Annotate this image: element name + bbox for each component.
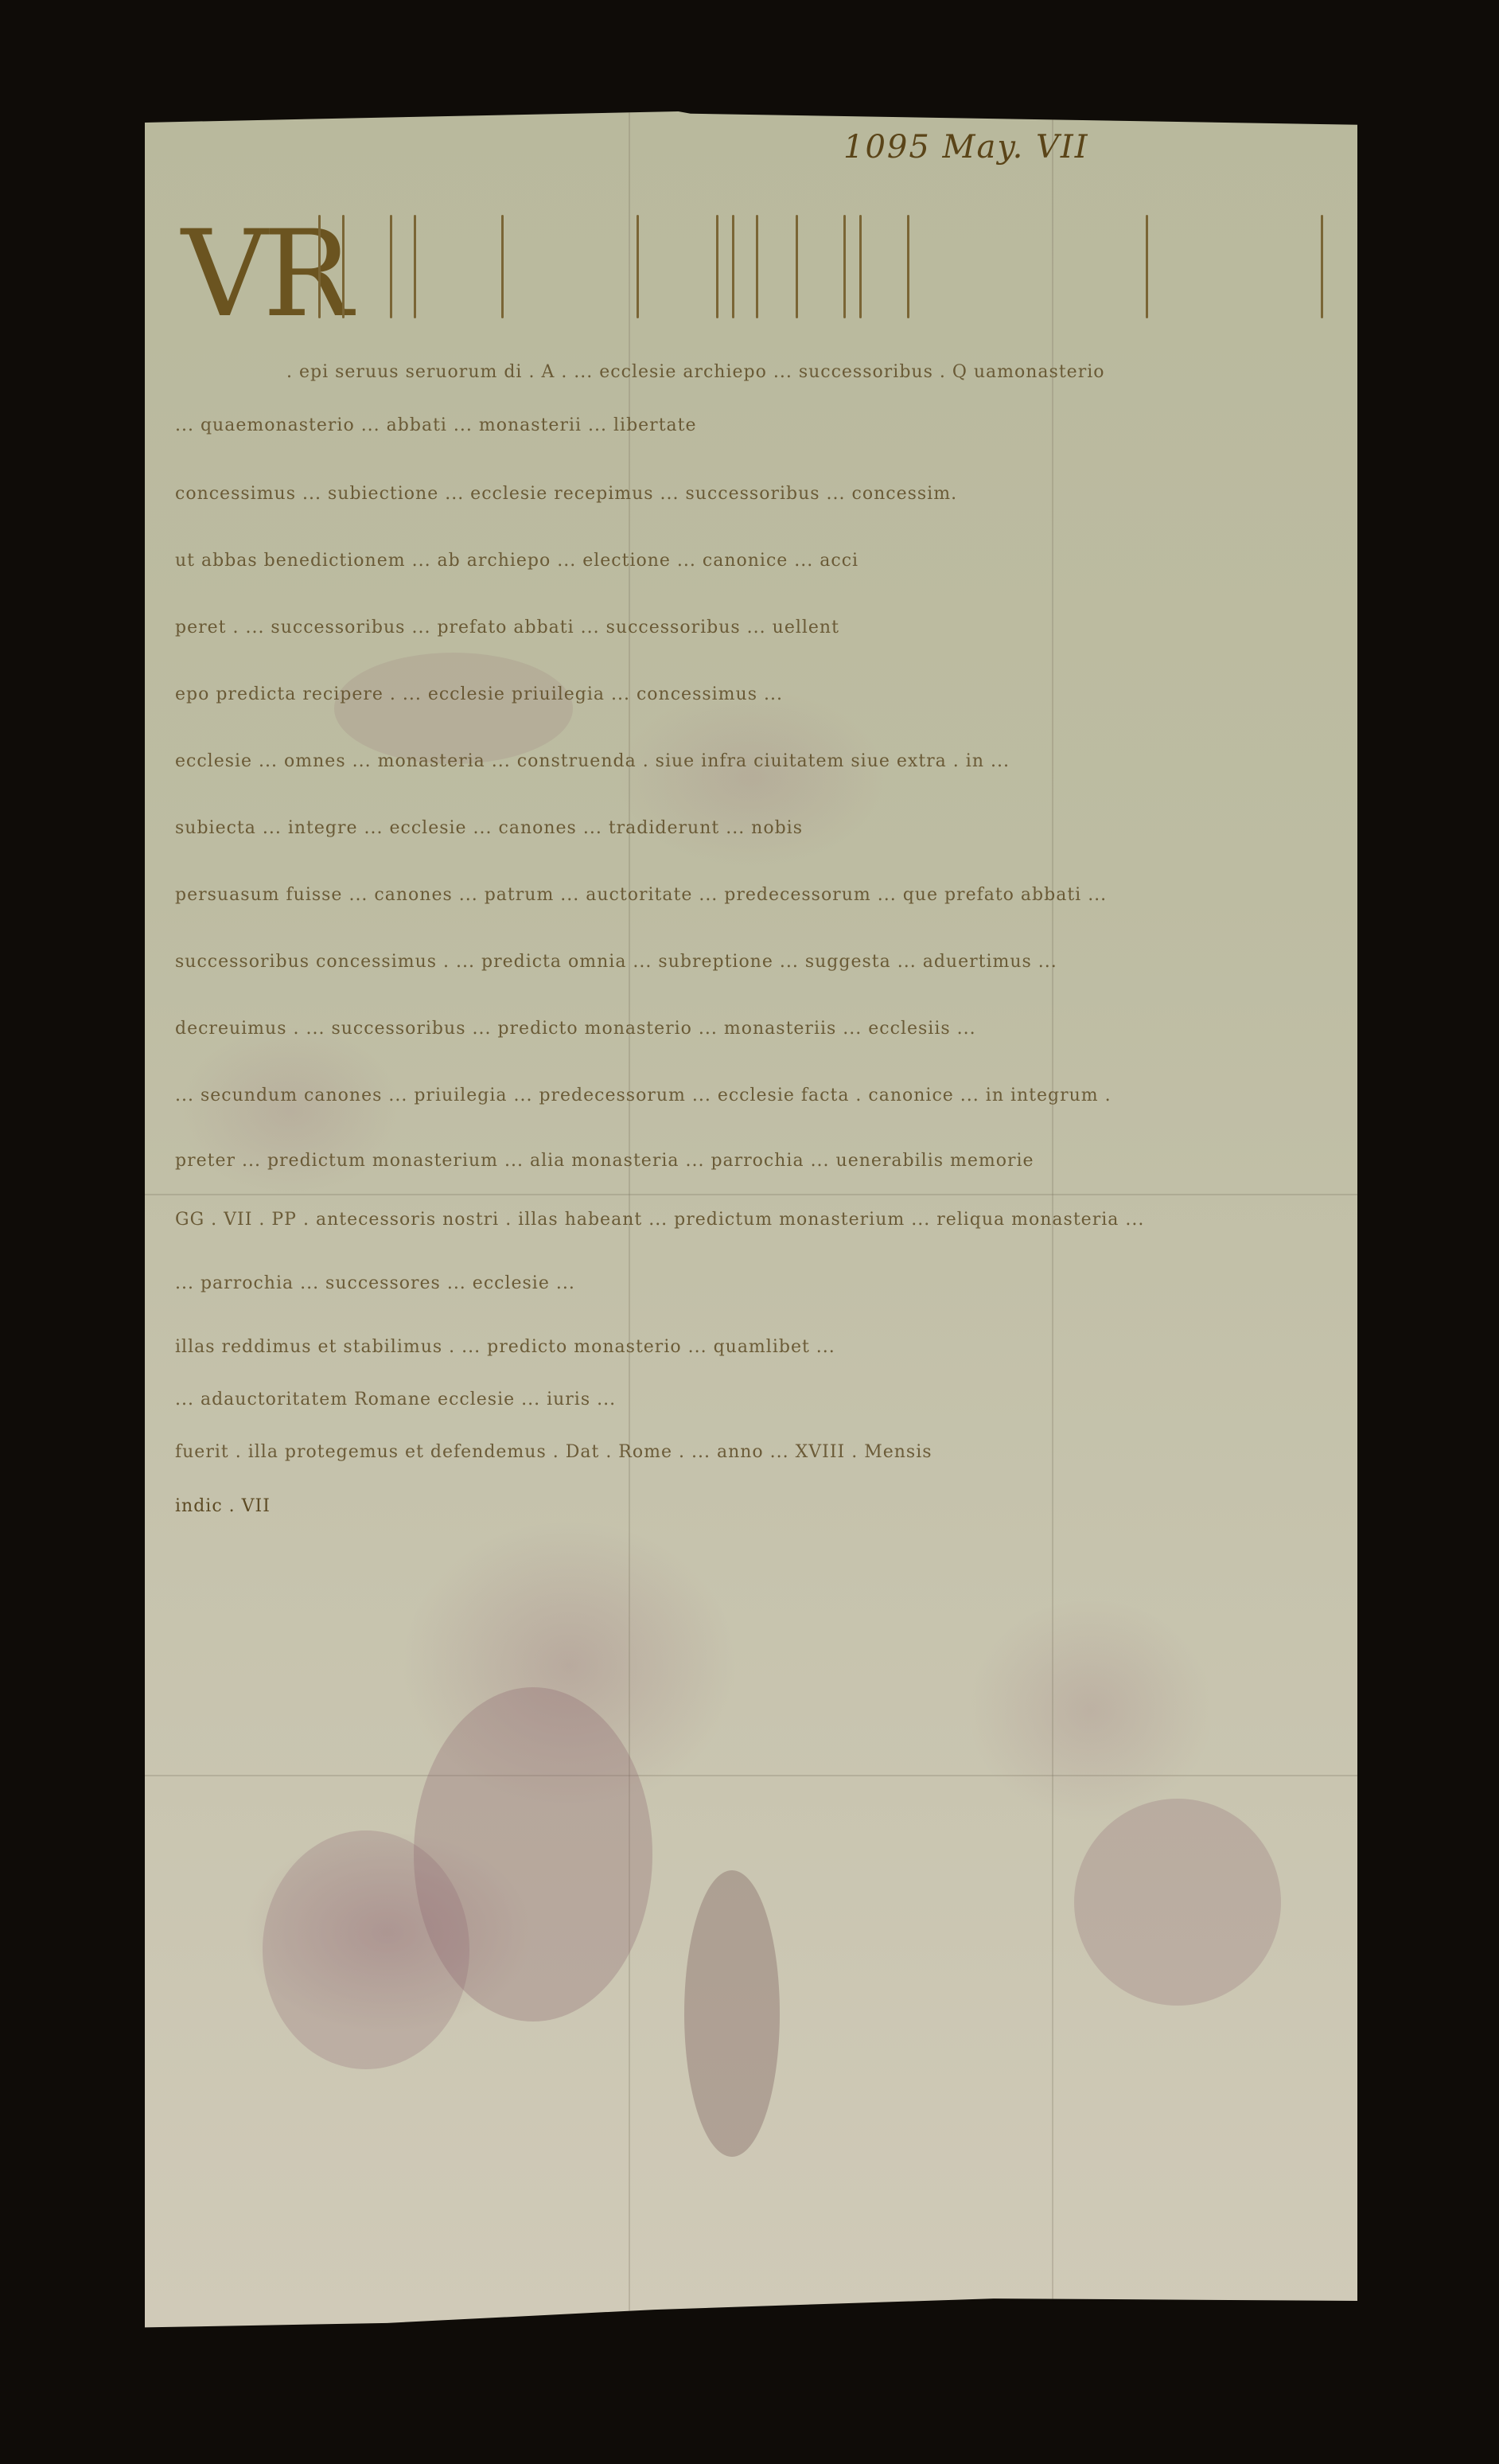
text-line: ... parrochia ... successores ... eccles… [175,1273,1329,1293]
text-line: decreuimus . ... successoribus ... predi… [175,1019,1329,1039]
text-line: ... quaemonasterio ... abbati ... monast… [175,415,1329,435]
text-line: illas reddimus et stabilimus . ... predi… [175,1337,1329,1357]
text-line: successoribus concessimus . ... predicta… [175,952,1329,972]
text-line: fuerit . illa protegemus et defendemus .… [175,1442,1329,1462]
text-line: . epi seruus seruorum di . A . ... eccle… [286,362,1321,382]
fold-line [145,1775,1357,1776]
text-line: ... secundum canones ... priuilegia ... … [175,1086,1329,1105]
text-line: subiecta ... integre ... ecclesie ... ca… [175,818,1329,838]
text-line: GG . VII . PP . antecessoris nostri . il… [175,1210,1329,1230]
shelfmark-annotation: 1095 May. VII [843,129,1089,166]
elongated-script-first-line [302,215,1329,326]
indiction-dating: indic . VII [175,1496,271,1516]
text-line: persuasum fuisse ... canones ... patrum … [175,885,1329,905]
text-line: epo predicta recipere . ... ecclesie pri… [175,684,1329,704]
text-line: concessimus ... subiectione ... ecclesie… [175,484,1329,504]
text-line: ut abbas benedictionem ... ab archiepo .… [175,551,1329,571]
text-line: ... adauctoritatem Romane ecclesie ... i… [175,1390,1329,1409]
text-line: preter ... predictum monasterium ... ali… [175,1151,1329,1171]
text-line: ecclesie ... omnes ... monasteria ... co… [175,751,1329,771]
text-line: peret . ... successoribus ... prefato ab… [175,618,1329,637]
fold-line [145,1194,1357,1195]
